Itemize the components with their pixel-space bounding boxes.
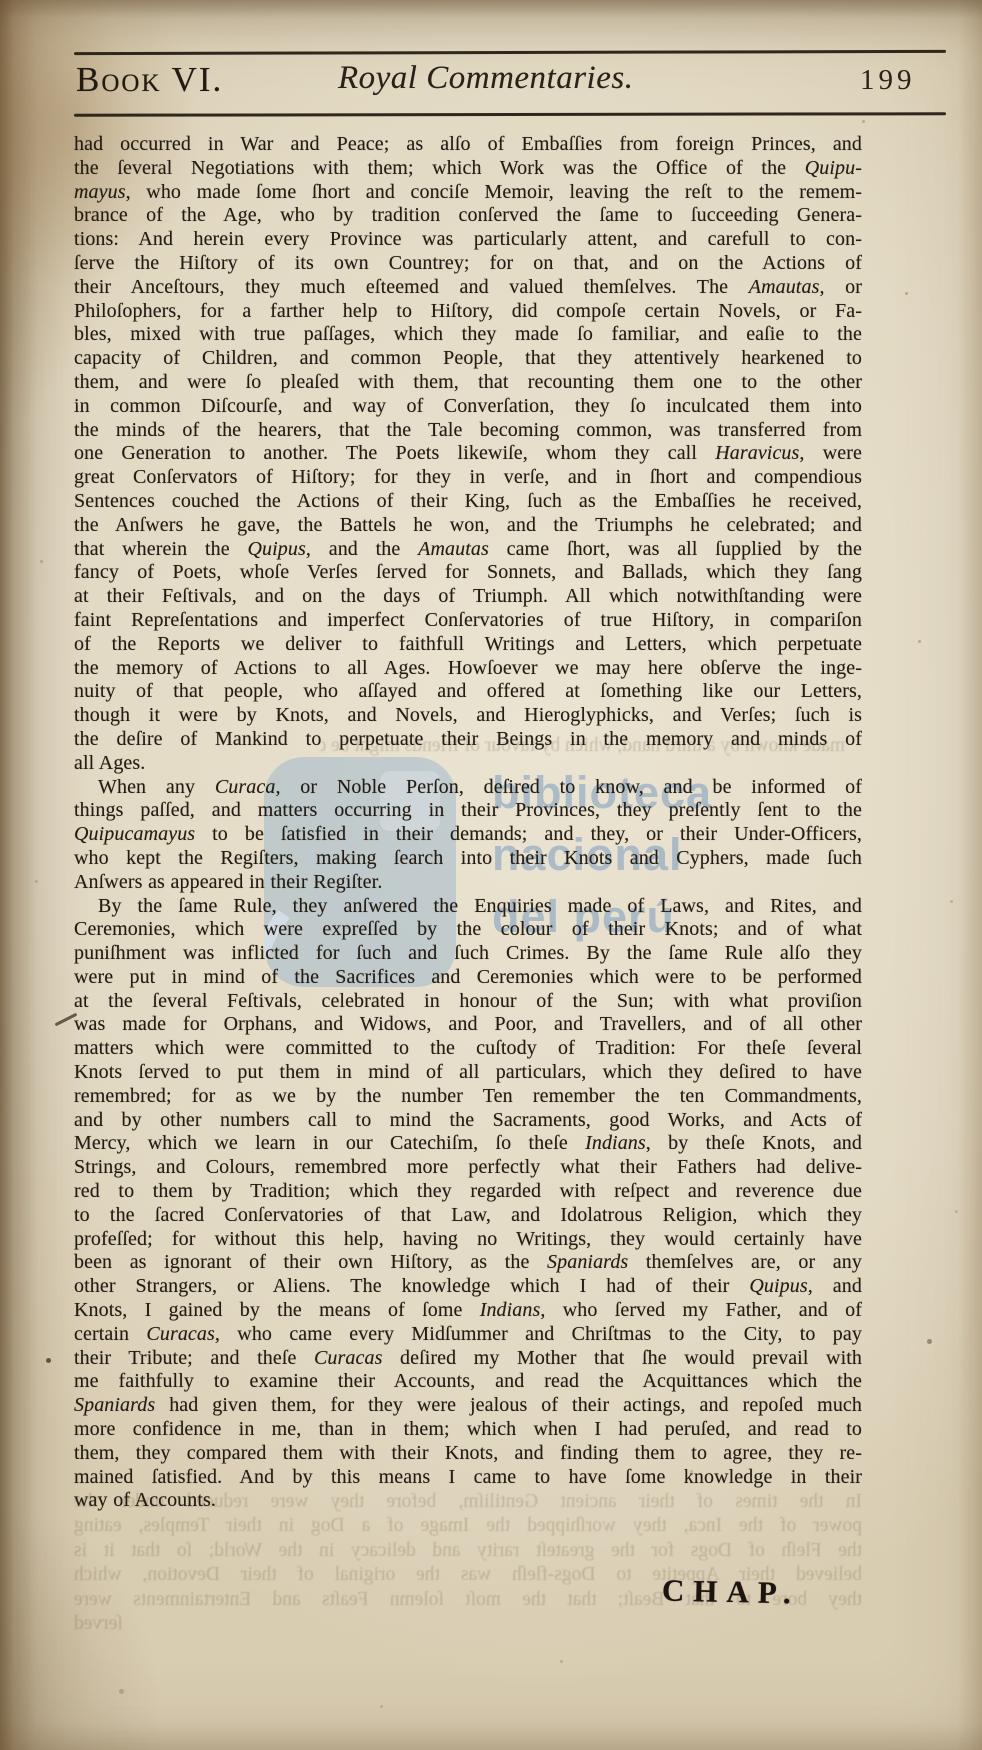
text-line: though it were by Knots, and Novels, and… xyxy=(74,704,862,728)
text-segment: in common Diſcourſe, and way of Converſa… xyxy=(74,395,862,417)
text-segment: at the ſeveral Feſtivals, celebrated in … xyxy=(74,990,862,1012)
text-segment: other Strangers, or Aliens. The knowledg… xyxy=(74,1275,749,1297)
text-segment: of the Reports we deliver to faithfull W… xyxy=(74,633,862,655)
text-segment: By the ſame Rule, they anſwered the Enqu… xyxy=(98,895,862,917)
book-page-scan: bibliotecanacionaldel perú made known by… xyxy=(0,0,982,1750)
text-segment: , or xyxy=(819,276,862,298)
text-line: the ſeveral Negotiations with them; whic… xyxy=(74,157,862,181)
text-segment: , and the xyxy=(306,538,418,560)
text-line: tions: And herein every Province was par… xyxy=(74,228,862,252)
text-segment: red to them by Tradition; which they reg… xyxy=(74,1180,862,1202)
text-segment: all Ages. xyxy=(74,752,145,774)
text-line: was made for Orphans, and Widows, and Po… xyxy=(74,1013,862,1037)
text-line: other Strangers, or Aliens. The knowledg… xyxy=(74,1275,862,1299)
text-segment: things paſſed, and matters occurring in … xyxy=(74,799,862,821)
text-line: of the Reports we deliver to faithfull W… xyxy=(74,633,862,657)
italic-term: Indians xyxy=(585,1132,646,1154)
text-segment: Knots ſerved to put them in mind of all … xyxy=(74,1061,862,1083)
text-line: me faithfully to examine their Accounts,… xyxy=(74,1370,862,1394)
text-segment: to be ſatisfied in their demands; and th… xyxy=(195,823,862,845)
text-line: them, and were ſo pleaſed with them, tha… xyxy=(74,371,862,395)
text-line: Ceremonies, which were expreſſed by the … xyxy=(74,918,862,942)
text-line: Knots, I gained by the means of ſome Ind… xyxy=(74,1299,862,1323)
text-segment: though it were by Knots, and Novels, and… xyxy=(74,704,862,726)
text-segment: Ceremonies, which were expreſſed by the … xyxy=(74,918,862,940)
text-line: By the ſame Rule, they anſwered the Enqu… xyxy=(74,895,862,919)
text-line: great Conſervators of Hiſtory; for they … xyxy=(74,466,862,490)
text-segment: had given them, for they were jealous of… xyxy=(155,1394,862,1416)
header-rule-bottom xyxy=(74,112,946,116)
text-segment: mained ſatisfied. And by this means I ca… xyxy=(74,1466,862,1488)
text-line: red to them by Tradition; which they reg… xyxy=(74,1180,862,1204)
text-segment: way of Accounts. xyxy=(74,1489,216,1511)
italic-term: Curaca xyxy=(215,776,276,798)
show-through-line: ſerved xyxy=(74,1612,862,1636)
text-segment: capacity of Children, and common People,… xyxy=(74,347,862,369)
text-line: that wherein the Quipus, and the Amautas… xyxy=(74,538,862,562)
text-line: nuity of that people, who aſſayed and of… xyxy=(74,680,862,704)
italic-term: Quipus xyxy=(749,1275,807,1297)
text-segment: , by theſe Knots, and xyxy=(646,1132,862,1154)
text-segment: nuity of that people, who aſſayed and of… xyxy=(74,680,862,702)
text-segment: Knots, I gained by the means of ſome xyxy=(74,1299,480,1321)
text-line: their Anceſtours, they much eſteemed and… xyxy=(74,276,862,300)
text-segment: Anſwers as appeared in their Regiſter. xyxy=(74,871,382,893)
italic-term: mayus xyxy=(74,181,126,203)
text-segment: the Anſwers he gave, the Battels he won,… xyxy=(74,514,862,536)
text-line: at their Feſtivals, and on the days of T… xyxy=(74,585,862,609)
text-line: their Tribute; and theſe Curacas deſired… xyxy=(74,1347,862,1371)
text-line: to the ſacred Conſervatories of that Law… xyxy=(74,1204,862,1228)
text-line: matters which were committed to the cuſt… xyxy=(74,1037,862,1061)
text-line: one Generation to another. The Poets lik… xyxy=(74,442,862,466)
text-line: mayus, who made ſome ſhort and conciſe M… xyxy=(74,181,862,205)
text-line: Knots ſerved to put them in mind of all … xyxy=(74,1061,862,1085)
text-line: mained ſatisfied. And by this means I ca… xyxy=(74,1466,862,1490)
text-line: remembred; for as we by the number Ten r… xyxy=(74,1085,862,1109)
text-line: had occurred in War and Peace; as alſo o… xyxy=(74,133,862,157)
text-line: Spaniards had given them, for they were … xyxy=(74,1394,862,1418)
text-line: certain Curacas, who came every Midſumme… xyxy=(74,1323,862,1347)
text-segment: , who came every Midſummer and Chriſtmas… xyxy=(215,1323,862,1345)
text-segment: profeſſed; for without this help, having… xyxy=(74,1228,862,1250)
running-title: Royal Commentaries. xyxy=(338,60,633,97)
text-segment: Sentences couched the Actions of their K… xyxy=(74,490,862,512)
text-line: the memory of Actions to all Ages. Howſo… xyxy=(74,657,862,681)
text-segment: , or Noble Perſon, deſired to know, and … xyxy=(275,776,862,798)
text-line: Quipucamayus to be ſatisfied in their de… xyxy=(74,823,862,847)
text-segment: Mercy, which we learn in our Catechiſm, … xyxy=(74,1132,585,1154)
text-line: Anſwers as appeared in their Regiſter. xyxy=(74,871,862,895)
text-segment: the deſire of Mankind to perpetuate thei… xyxy=(74,728,862,750)
text-line: faint Repreſentations and imperfect Conſ… xyxy=(74,609,862,633)
text-segment: and by other numbers call to mind the Sa… xyxy=(74,1109,862,1131)
text-segment: Philoſophers, for a farther help to Hiſt… xyxy=(74,300,862,322)
text-line: the Anſwers he gave, the Battels he won,… xyxy=(74,514,862,538)
text-segment: bles, mixed with true paſſages, which th… xyxy=(74,323,862,345)
text-segment: to the ſacred Conſervatories of that Law… xyxy=(74,1204,862,1226)
text-segment: their Anceſtours, they much eſteemed and… xyxy=(74,276,749,298)
italic-term: Amautas xyxy=(418,538,489,560)
text-line: puniſhment was inflicted for ſuch and ſu… xyxy=(74,942,862,966)
text-segment: was made for Orphans, and Widows, and Po… xyxy=(74,1013,862,1035)
italic-term: Indians xyxy=(480,1299,541,1321)
text-segment: were put in mind of the Sacrifices and C… xyxy=(74,966,862,988)
text-segment: them, and were ſo pleaſed with them, tha… xyxy=(74,371,862,393)
book-label: Book VI. xyxy=(76,60,223,100)
text-line: at the ſeveral Feſtivals, celebrated in … xyxy=(74,990,862,1014)
text-line: were put in mind of the Sacrifices and C… xyxy=(74,966,862,990)
italic-term: Quipu- xyxy=(805,157,862,179)
text-line: Mercy, which we learn in our Catechiſm, … xyxy=(74,1132,862,1156)
text-segment: them, they compared them with their Knot… xyxy=(74,1442,862,1464)
text-line: in common Diſcourſe, and way of Converſa… xyxy=(74,395,862,419)
text-segment: faint Repreſentations and imperfect Conſ… xyxy=(74,609,862,631)
text-line: Sentences couched the Actions of their K… xyxy=(74,490,862,514)
text-line: the deſire of Mankind to perpetuate thei… xyxy=(74,728,862,752)
text-segment: remembred; for as we by the number Ten r… xyxy=(74,1085,862,1107)
italic-term: Haravicus xyxy=(715,442,799,464)
show-through-line: power of the Inca, they worſhipped the I… xyxy=(74,1514,862,1538)
text-line: bles, mixed with true paſſages, which th… xyxy=(74,323,862,347)
italic-term: Amautas xyxy=(749,276,820,298)
text-segment: puniſhment was inflicted for ſuch and ſu… xyxy=(74,942,862,964)
italic-term: Curacas xyxy=(314,1347,382,1369)
page-number: 199 xyxy=(860,64,916,97)
text-segment: came ſhort, was all ſupplied by the xyxy=(489,538,862,560)
text-line: fancy of Poets, whoſe Verſes ſerved for … xyxy=(74,561,862,585)
text-line: and by other numbers call to mind the Sa… xyxy=(74,1109,862,1133)
text-segment: the memory of Actions to all Ages. Howſo… xyxy=(74,657,862,679)
text-segment: their Tribute; and theſe xyxy=(74,1347,314,1369)
text-segment: me faithfully to examine their Accounts,… xyxy=(74,1370,862,1392)
text-line: profeſſed; for without this help, having… xyxy=(74,1228,862,1252)
text-segment: , who ſerved my Father, and of xyxy=(540,1299,862,1321)
italic-term: Spaniards xyxy=(547,1251,628,1273)
text-segment: ſerve the Hiſtory of its own Countrey; f… xyxy=(74,252,862,274)
text-segment: Strings, and Colours, remembred more per… xyxy=(74,1156,862,1178)
text-segment: brance of the Age, who by tradition conſ… xyxy=(74,204,862,226)
text-segment: , who made ſome ſhort and conciſe Memoir… xyxy=(126,181,862,203)
text-segment: themſelves are, or any xyxy=(628,1251,862,1273)
header-rule-top xyxy=(74,50,946,55)
text-segment: , and xyxy=(808,1275,862,1297)
body-text: had occurred in War and Peace; as alſo o… xyxy=(74,133,862,1513)
text-line: all Ages. xyxy=(74,752,862,776)
text-segment: certain xyxy=(74,1323,146,1345)
text-line: the minds of the hearers, that the Tale … xyxy=(74,419,862,443)
italic-term: Spaniards xyxy=(74,1394,155,1416)
text-line: things paſſed, and matters occurring in … xyxy=(74,799,862,823)
show-through-line: the Fleſh of Dogs for the greateſt rarit… xyxy=(74,1539,862,1563)
text-segment: the minds of the hearers, that the Tale … xyxy=(74,419,862,441)
text-line: them, they compared them with their Knot… xyxy=(74,1442,862,1466)
italic-term: Curacas xyxy=(146,1323,214,1345)
catchword: CHAP. xyxy=(662,1573,800,1612)
paper-specks xyxy=(0,0,3,3)
text-segment: that wherein the xyxy=(74,538,247,560)
text-segment: been as ignorant of their own Hiſtory, a… xyxy=(74,1251,547,1273)
text-segment: one Generation to another. The Poets lik… xyxy=(74,442,715,464)
italic-term: Quipus xyxy=(247,538,305,560)
text-line: who kept the Regiſters, making ſearch in… xyxy=(74,847,862,871)
text-segment: fancy of Poets, whoſe Verſes ſerved for … xyxy=(74,561,862,583)
text-line: capacity of Children, and common People,… xyxy=(74,347,862,371)
italic-term: Quipucamayus xyxy=(74,823,195,845)
text-segment: tions: And herein every Province was par… xyxy=(74,228,862,250)
text-segment: matters which were committed to the cuſt… xyxy=(74,1037,862,1059)
text-line: brance of the Age, who by tradition conſ… xyxy=(74,204,862,228)
text-segment: at their Feſtivals, and on the days of T… xyxy=(74,585,862,607)
text-line: Strings, and Colours, remembred more per… xyxy=(74,1156,862,1180)
text-segment: deſired my Mother that ſhe would prevail… xyxy=(382,1347,862,1369)
text-segment: more confidence in me, than in them; whi… xyxy=(74,1418,862,1440)
text-line: Philoſophers, for a farther help to Hiſt… xyxy=(74,300,862,324)
text-line: way of Accounts. xyxy=(74,1489,862,1513)
text-segment: who kept the Regiſters, making ſearch in… xyxy=(74,847,862,869)
text-line: been as ignorant of their own Hiſtory, a… xyxy=(74,1251,862,1275)
text-line: more confidence in me, than in them; whi… xyxy=(74,1418,862,1442)
text-segment: , were xyxy=(799,442,862,464)
text-segment: the ſeveral Negotiations with them; whic… xyxy=(74,157,805,179)
text-line: ſerve the Hiſtory of its own Countrey; f… xyxy=(74,252,862,276)
margin-mark-dot xyxy=(46,1358,51,1363)
text-line: When any Curaca, or Noble Perſon, deſire… xyxy=(74,776,862,800)
text-segment: had occurred in War and Peace; as alſo o… xyxy=(74,133,862,155)
text-segment: great Conſervators of Hiſtory; for they … xyxy=(74,466,862,488)
text-segment: When any xyxy=(98,776,215,798)
